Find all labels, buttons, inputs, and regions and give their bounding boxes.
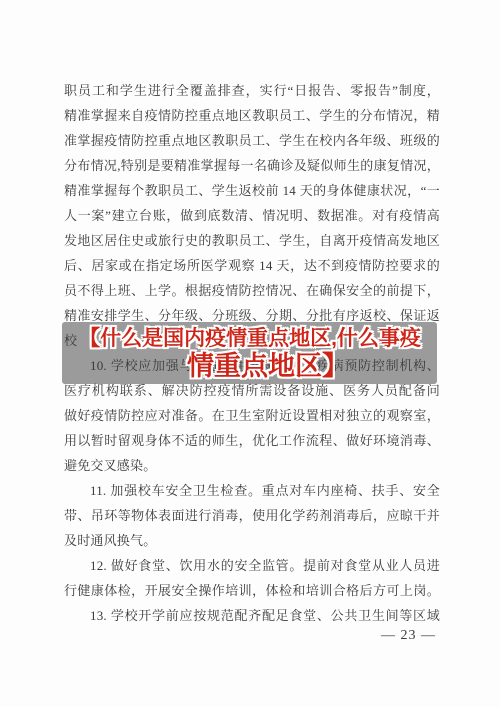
document-line: 做好疫情防控应对准备。在卫生室附近设置相对独立的观察室， bbox=[64, 403, 440, 428]
document-line: 13. 学校开学前应按规范配齐配足食堂、公共卫生间等区域 bbox=[64, 603, 440, 628]
document-line: 员不得上班、上学。根据疫情防控情况、在确保安全的前提下， bbox=[64, 278, 440, 303]
document-line: 12. 做好食堂、饮用水的安全监管。提前对食堂从业人员进 bbox=[64, 553, 440, 578]
document-line: 用以暂时留观身体不适的师生，优化工作流程、做好环境消毒、 bbox=[64, 428, 440, 453]
document-line: 及时通风换气。 bbox=[64, 528, 440, 553]
document-line: 人一案”建立台账，做到底数清、情况明、数据准。对有疫情高 bbox=[64, 203, 440, 228]
document-line: 后、居家或在指定场所医学观察 14 天，达不到疫情防控要求的人 bbox=[64, 253, 440, 278]
document-line: 精准掌握来自疫情防控重点地区教职员工、学生的分布情况，精 bbox=[64, 103, 440, 128]
document-line: 避免交叉感染。 bbox=[64, 453, 440, 478]
document-line: 11. 加强校车安全卫生检查。重点对车内座椅、扶手、安全 bbox=[64, 478, 440, 503]
document-line: 准掌握疫情防控重点地区教职员工、学生在校内各年级、班级的 bbox=[64, 128, 440, 153]
document-line: 分布情况,特别是要精准掌握每一名确诊及疑似师生的康复情况， bbox=[64, 153, 440, 178]
document-line: 发地区居住史或旅行史的教职员工、学生，自离开疫情高发地区 bbox=[64, 228, 440, 253]
document-line: 行健康体检，开展安全操作培训，体检和培训合格后方可上岗。 bbox=[64, 578, 440, 603]
page-number: — 23 — bbox=[381, 628, 436, 644]
caption-overlay-line2: 情重点地区】 bbox=[18, 352, 500, 380]
document-line: 带、吊环等物体表面进行消毒，使用化学药剂消毒后，应晾干并 bbox=[64, 503, 440, 528]
document-line: 精准掌握每个教职员工、学生返校前 14 天的身体健康状况，“一 bbox=[64, 178, 440, 203]
document-page: 职员工和学生进行全覆盖排查，实行“日报告、零报告”制度，精准掌握来自疫情防控重点… bbox=[0, 0, 500, 707]
caption-overlay-line1: 【什么是国内疫情重点地区,什么事疫 bbox=[0, 326, 500, 352]
document-line: 职员工和学生进行全覆盖排查，实行“日报告、零报告”制度， bbox=[64, 78, 440, 103]
